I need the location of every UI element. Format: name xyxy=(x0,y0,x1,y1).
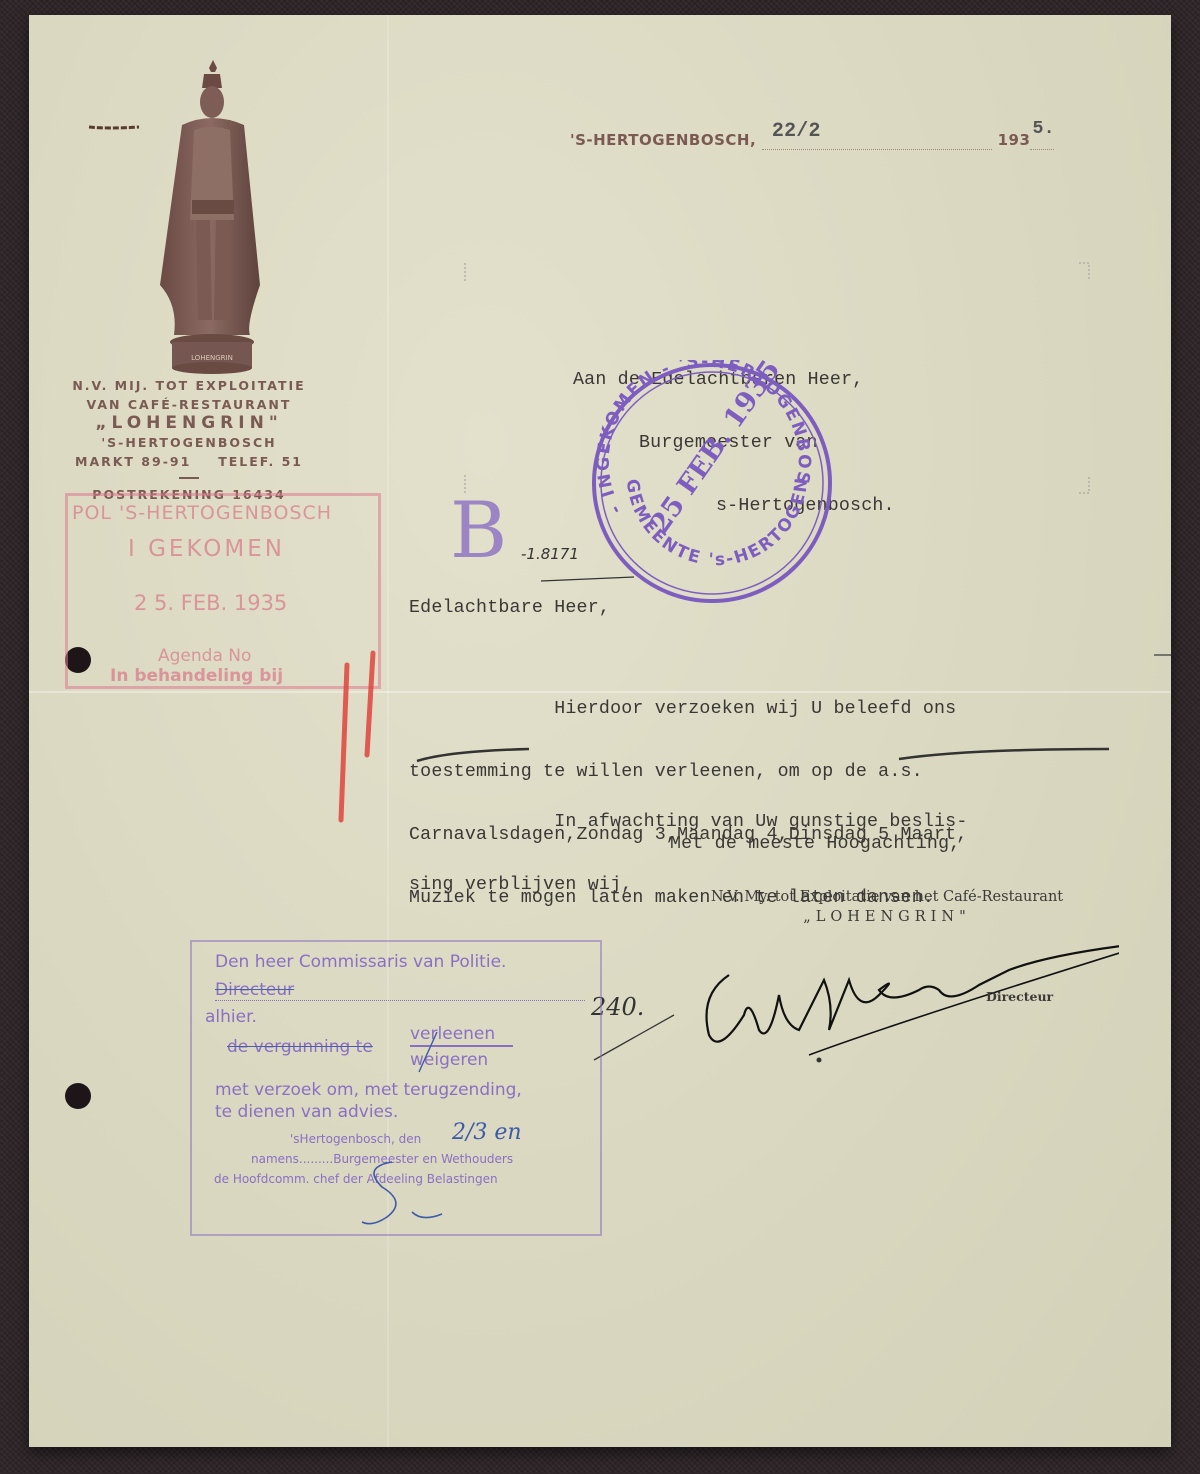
red-stamp-line-2: I GEKOMEN xyxy=(128,536,285,562)
body-p1-line-1: Hierdoor verzoeken wij U beleefd ons xyxy=(409,699,968,720)
letter-page: LOHENGRIN N.V. MIJ. TOT EXPLOITATIE VAN … xyxy=(29,15,1171,1447)
routing-initials xyxy=(352,1142,472,1232)
pencil-underlines xyxy=(409,747,1109,767)
police-routing-stamp: Den heer Commissaris van Politie. Direct… xyxy=(190,940,602,1236)
statue-caption: LOHENGRIN xyxy=(191,354,233,362)
letterhead-name: „LOHENGRIN" xyxy=(69,414,309,433)
dateline-year-prefix: 193 xyxy=(998,131,1031,149)
municipality-received-stamp: - INGEKOMEN - 'S-HERTOGENBOSCH GEMEENTE … xyxy=(582,360,842,610)
signature-name: „LOHENGRIN" xyxy=(677,909,1097,925)
dateline-date-field: 22/2 xyxy=(762,131,992,150)
routing-director-field: Directeur xyxy=(215,980,585,1001)
routing-alhier: alhier. xyxy=(205,1007,257,1027)
red-stamp-line-1: POL 'S-HERTOGENBOSCH xyxy=(72,502,332,524)
body-p2-line-1: In afwachting van Uw gunstige beslis- xyxy=(409,812,968,833)
letterhead-divider xyxy=(179,477,199,479)
letterhead-city: 'S-HERTOGENBOSCH xyxy=(69,433,309,452)
routing-advice: te dienen van advies. xyxy=(215,1102,398,1122)
routing-check-stroke xyxy=(407,1027,447,1077)
dateline-date: 22/2 xyxy=(772,121,821,142)
signature-title: Directeur xyxy=(986,989,1053,1004)
routing-director: Directeur xyxy=(215,980,294,1000)
closing: Met de meeste Hoogachting, xyxy=(670,834,960,855)
letterhead: N.V. MIJ. TOT EXPLOITATIE VAN CAFÉ-RESTA… xyxy=(69,376,309,504)
letterhead-address-row: MARKT 89-91 TELEF. 51 xyxy=(69,452,309,471)
routing-permit: de vergunning te xyxy=(227,1037,373,1057)
letterhead-company: N.V. MIJ. TOT EXPLOITATIE xyxy=(69,376,309,395)
handwritten-signature xyxy=(689,935,1119,1065)
signature-block: N.V. My. tot Exploitatie van het Café-Re… xyxy=(677,889,1097,925)
dateline: 'S-HERTOGENBOSCH, 22/2 1935. xyxy=(570,131,1110,150)
dateline-year-field: 5. xyxy=(1030,131,1054,150)
round-stamp-date: 25 FEB. 1935 xyxy=(644,360,786,539)
reference-letter: B xyxy=(450,492,507,570)
signature-company: N.V. My. tot Exploitatie van het Café-Re… xyxy=(677,889,1097,905)
number-slash xyxy=(589,1005,689,1065)
routing-recipient: Den heer Commissaris van Politie. xyxy=(215,952,506,972)
routing-request: met verzoek om, met terugzending, xyxy=(215,1080,522,1100)
letterhead-type: VAN CAFÉ-RESTAURANT xyxy=(69,395,309,414)
dateline-place: 'S-HERTOGENBOSCH, xyxy=(570,131,756,149)
lohengrin-statue-icon: LOHENGRIN xyxy=(134,50,289,375)
red-pencil-marks xyxy=(329,645,389,825)
salutation: Edelachtbare Heer, xyxy=(409,598,610,619)
dateline-year-suffix: 5. xyxy=(1032,119,1054,140)
letterhead-address: MARKT 89-91 xyxy=(75,452,191,471)
red-stamp-handling: In behandeling bij xyxy=(110,666,283,686)
letterhead-phone: TELEF. 51 xyxy=(218,452,303,471)
reference-number: -1.8171 xyxy=(521,545,579,563)
red-stamp-agenda: Agenda No xyxy=(158,646,251,666)
red-stamp-date: 2 5. FEB. 1935 xyxy=(134,591,287,615)
